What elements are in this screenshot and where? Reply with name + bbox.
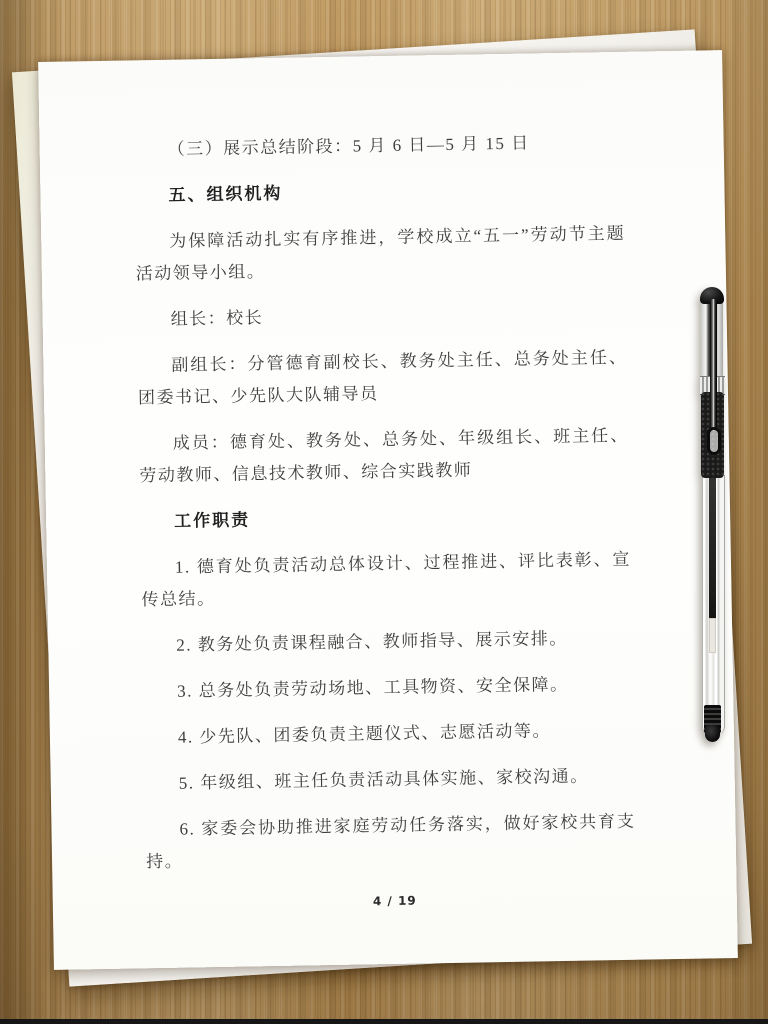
paragraph-phase-summary: （三）展示总结阶段：5 月 6 日—5 月 15 日: [133, 126, 623, 167]
paragraph-leading-group-intro: 为保障活动扎实有序推进，学校成立“五一”劳动节主题活动领导小组。: [135, 218, 626, 291]
pen-ink-refill: [709, 475, 716, 618]
paragraph-group-leader: 组长：校长: [136, 296, 626, 337]
page-text-block: （三）展示总结阶段：5 月 6 日—5 月 15 日 五、组织机构 为保障活动扎…: [38, 50, 736, 880]
pen-clip: [710, 299, 717, 431]
paragraph-members: 成员：德育处、教务处、总务处、年级组长、班主任、劳动教师、信息技术教师、综合实践…: [139, 420, 630, 493]
duty-item-2: 2. 教务处负责课程融合、教师指导、展示安排。: [142, 622, 632, 663]
gel-pen: [697, 287, 728, 743]
pen-clip-loop: [707, 427, 721, 455]
pen-tail-plug: [705, 725, 720, 742]
duty-item-6: 6. 家委会协助推进家庭劳动任务落实，做好家校共育支持。: [145, 806, 636, 879]
desk-photo: { "document": { "paragraphs": [ { "text"…: [0, 0, 768, 1024]
pen-ink-refill-empty: [709, 618, 716, 653]
section-heading-duties: 工作职责: [140, 498, 630, 539]
duty-item-4: 4. 少先队、团委负责主题仪式、志愿活动等。: [144, 714, 634, 755]
duty-item-5: 5. 年级组、班主任负责活动具体实施、家校沟通。: [144, 760, 634, 801]
document-page: （三）展示总结阶段：5 月 6 日—5 月 15 日 五、组织机构 为保障活动扎…: [38, 50, 738, 970]
section-heading-organization: 五、组织机构: [134, 172, 624, 213]
photo-bottom-edge: [0, 1019, 768, 1024]
duty-item-3: 3. 总务处负责劳动场地、工具物资、安全保障。: [143, 668, 633, 709]
page-number: 4 / 19: [53, 888, 737, 914]
duty-item-1: 1. 德育处负责活动总体设计、过程推进、评比表彰、宣传总结。: [141, 544, 632, 617]
paragraph-deputy-leaders: 副组长：分管德育副校长、教务处主任、总务处主任、团委书记、少先队大队辅导员: [137, 342, 628, 415]
